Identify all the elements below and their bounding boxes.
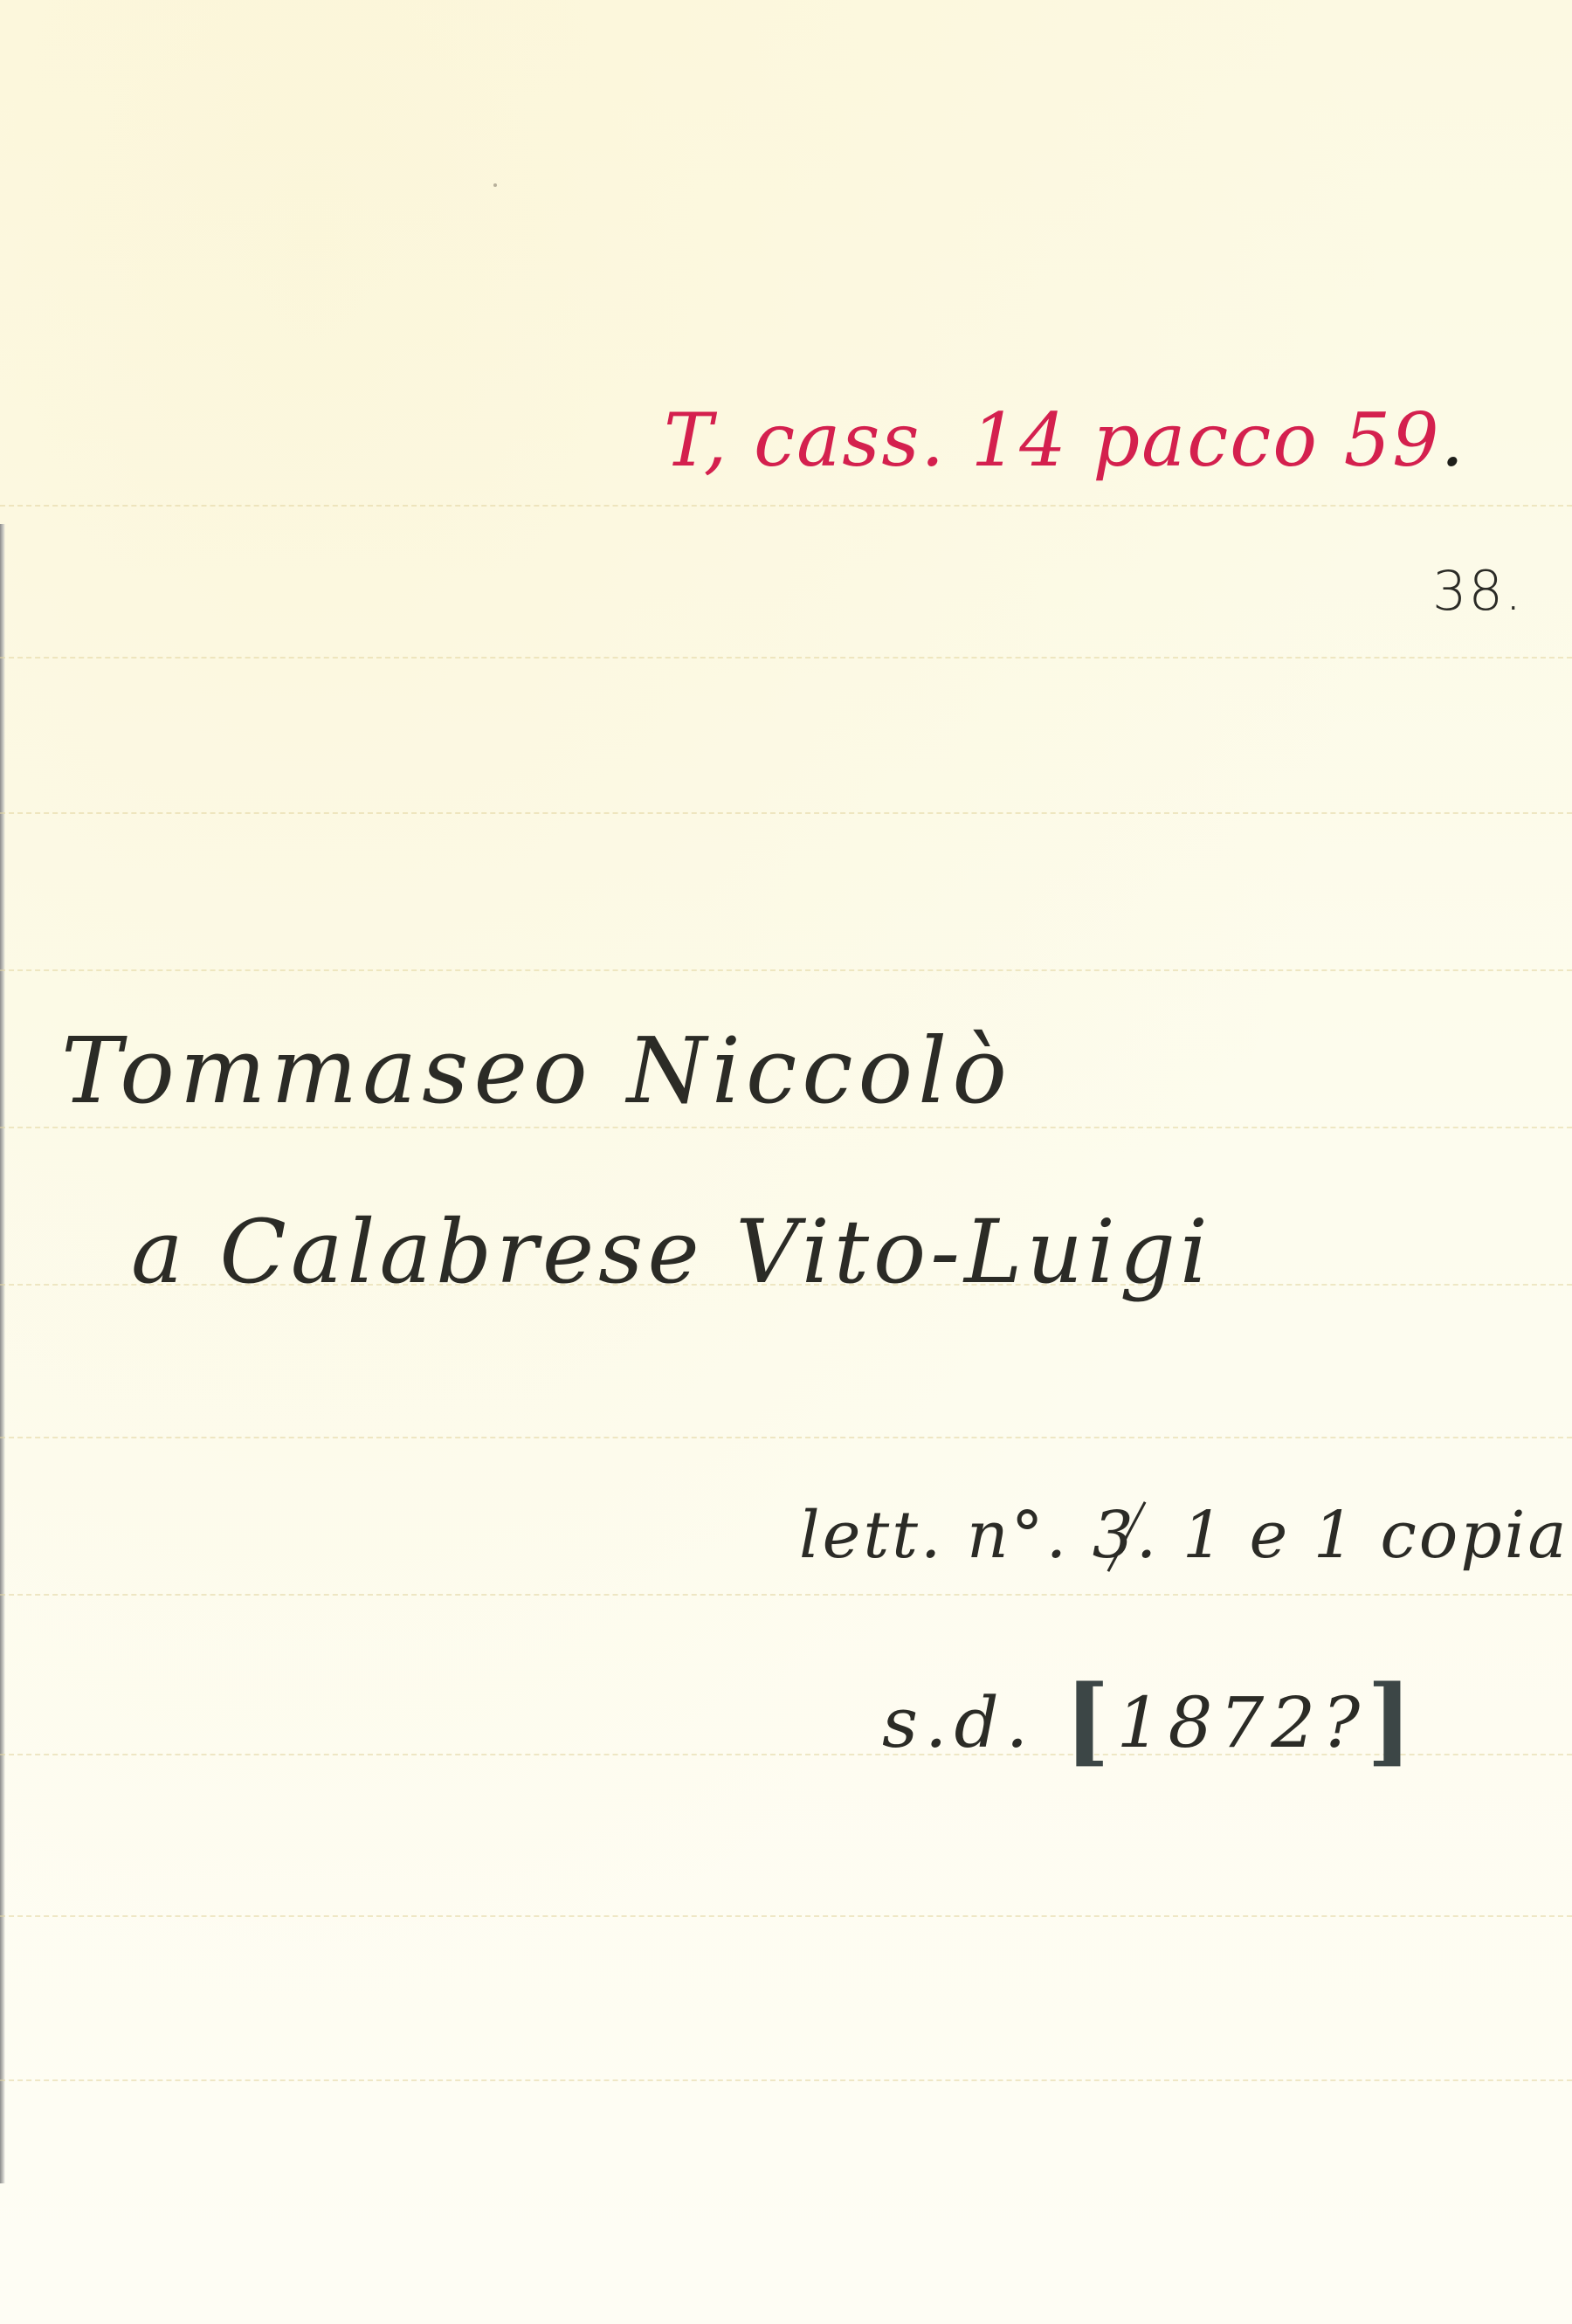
archive-reference: T, cass. 14 pacco 59. xyxy=(664,397,1465,483)
date-prefix: s.d. xyxy=(882,1682,1035,1763)
recipient-name: a Calabrese Vito-Luigi xyxy=(131,1201,1212,1303)
archive-reference-text: T, cass. 14 pacco 59 xyxy=(664,397,1441,483)
ruled-line xyxy=(0,812,1572,814)
author-name: Tommaseo Niccolò xyxy=(61,1017,1012,1124)
paper-speck xyxy=(493,183,497,187)
archive-reference-period: . xyxy=(1441,397,1466,483)
ruled-line xyxy=(0,505,1572,507)
ruled-line xyxy=(0,1127,1572,1128)
item-number: 38. xyxy=(1432,559,1524,623)
ruled-line xyxy=(0,2079,1572,2081)
date-value: 1872? xyxy=(1117,1682,1367,1763)
card-left-edge-shadow xyxy=(0,524,5,2183)
index-card: T, cass. 14 pacco 59. 38. Tommaseo Nicco… xyxy=(0,0,1572,2324)
letters-suffix: . 1 e 1 copia xyxy=(1136,1498,1569,1573)
date-line: s.d. [1872?] xyxy=(882,1664,1419,1776)
ruled-line xyxy=(0,1915,1572,1917)
ruled-line xyxy=(0,657,1572,659)
close-bracket: ] xyxy=(1367,1664,1419,1776)
ruled-line xyxy=(0,969,1572,971)
ruled-line xyxy=(0,1437,1572,1438)
letter-count-line: lett. n°. 3. 1 e 1 copia xyxy=(799,1498,1569,1573)
open-bracket: [ xyxy=(1065,1664,1117,1776)
ruled-line xyxy=(0,1594,1572,1596)
letters-prefix: lett. n°. xyxy=(799,1498,1069,1573)
struck-letter-count: 3 xyxy=(1093,1498,1136,1573)
